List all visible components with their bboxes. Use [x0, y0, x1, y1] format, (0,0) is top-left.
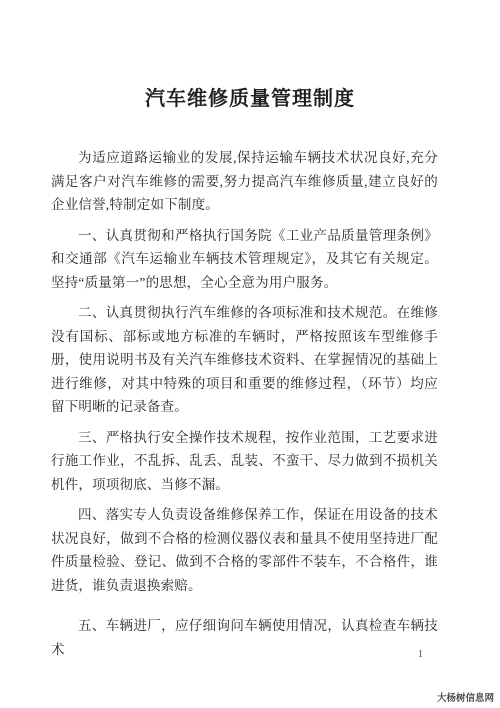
- paragraph-4: 三、严格执行安全操作技术规程，按作业范围，工艺要求进行施工作业，不乱拆、乱丢、乱…: [51, 426, 438, 497]
- paragraph-5: 四、落实专人负责设备维修保养工作，保证在用设备的技术状况良好，做到不合格的检测仪…: [51, 503, 438, 597]
- page-number: 1: [418, 649, 423, 661]
- paragraph-3: 二、认真贯彻执行汽车维修的各项标准和技术规范。在维修没有国标、部标或地方标准的车…: [51, 301, 438, 419]
- watermark: 大杨树信息网: [437, 693, 494, 705]
- document-page: 汽车维修质量管理制度 为适应道路运输业的发展,保持运输车辆技术状况良好,充分满足…: [0, 0, 500, 708]
- document-title: 汽车维修质量管理制度: [0, 86, 500, 112]
- paragraph-6: 五、车辆进厂，应仔细询问车辆使用情况，认真检查车辆技术: [51, 614, 438, 661]
- document-body: 为适应道路运输业的发展,保持运输车辆技术状况良好,充分满足客户对汽车维修的需要,…: [0, 146, 500, 661]
- paragraph-2: 一、认真贯彻和严格执行国务院《工业产品质量管理条例》和交通部《汽车运输业车辆技术…: [51, 224, 438, 295]
- paragraph-1: 为适应道路运输业的发展,保持运输车辆技术状况良好,充分满足客户对汽车维修的需要,…: [51, 146, 438, 217]
